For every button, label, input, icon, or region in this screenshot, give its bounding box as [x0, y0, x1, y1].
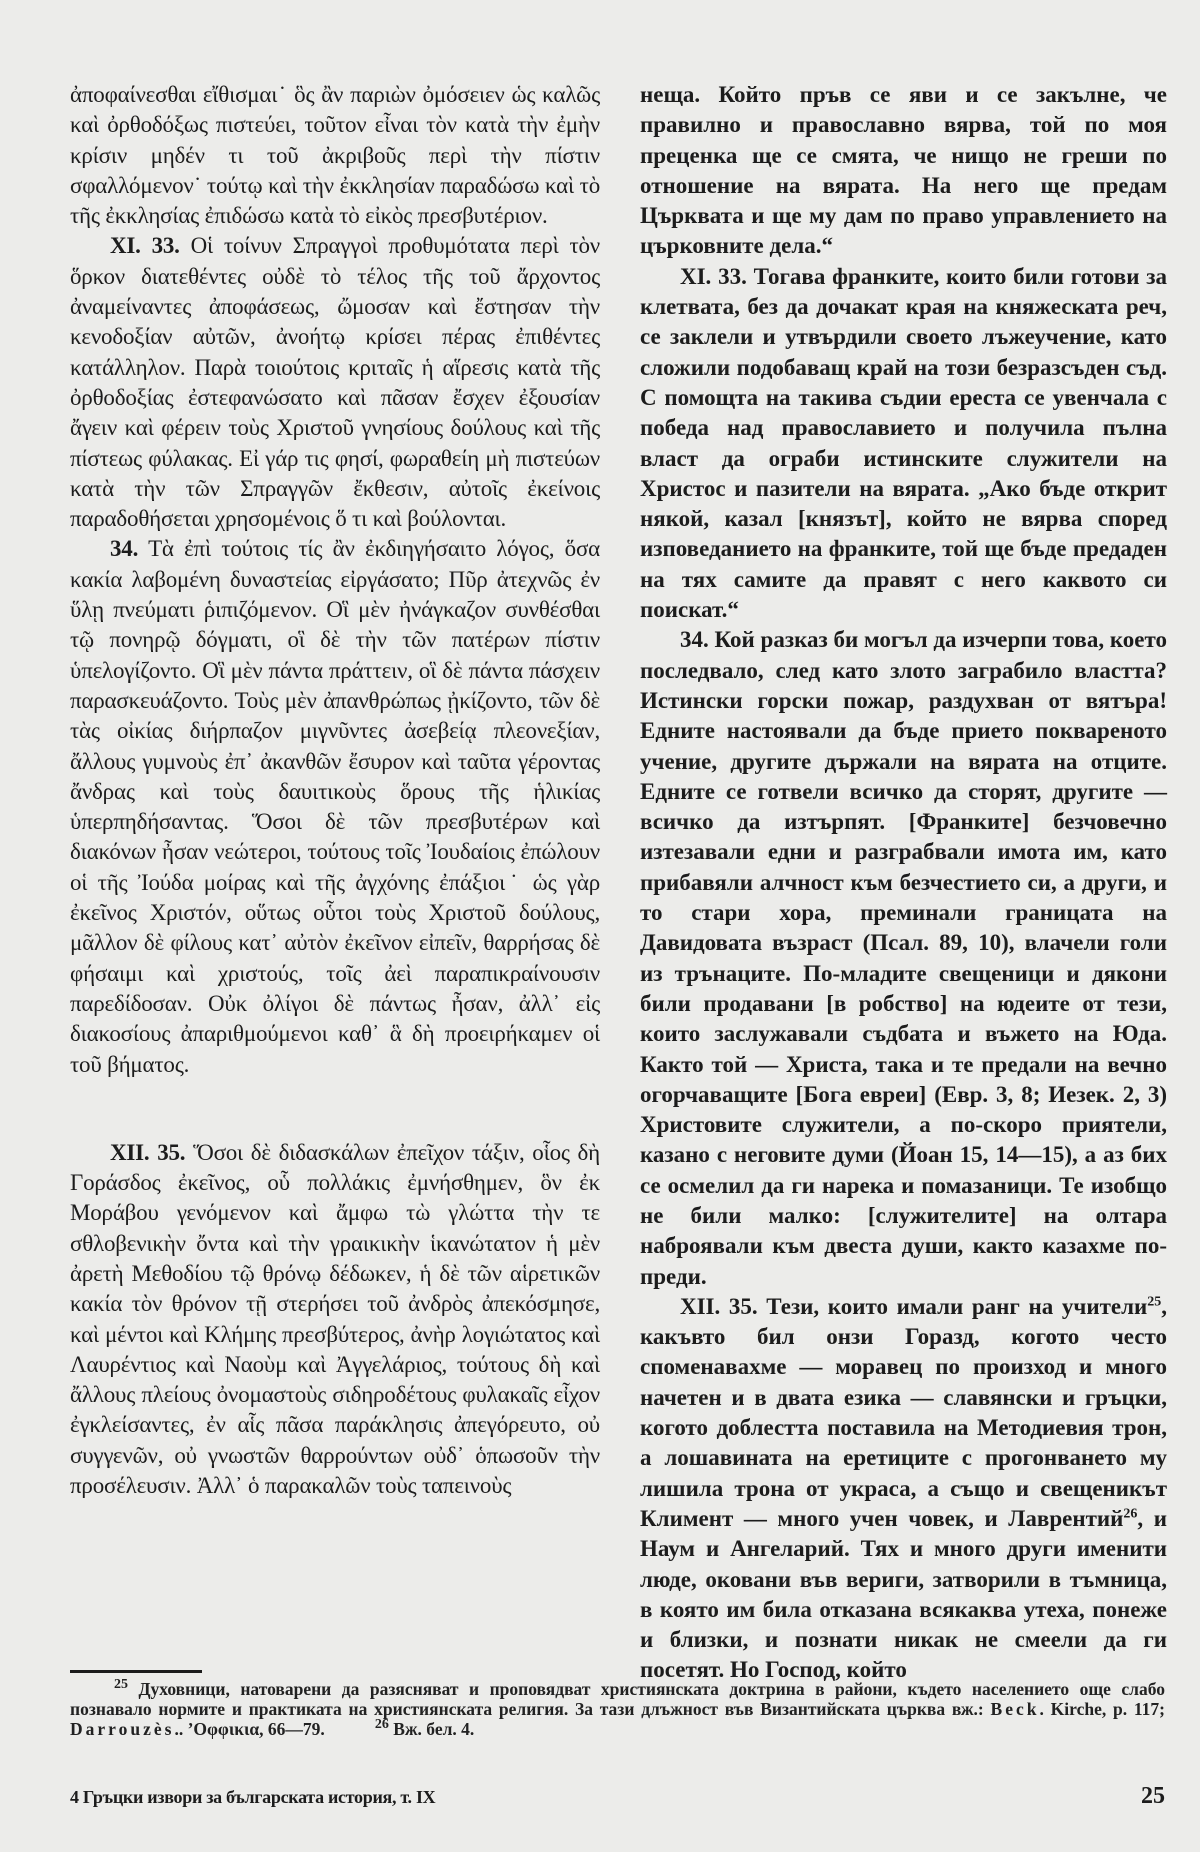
paragraph-text: Τὰ ἐπὶ τούτοις τίς ἂν ἐκδιηγήσαιτο λόγος…	[70, 536, 600, 1076]
section-number: XII. 35.	[110, 1140, 185, 1165]
footnote-text: . Kirche, p. 117;	[1039, 1699, 1165, 1719]
page-number: 25	[1141, 1783, 1165, 1810]
greek-paragraph-xi-33: XI. 33. Οἱ τοίνυν Σπραγγοὶ προθυμότατα π…	[70, 231, 600, 534]
footnote-ref-25[interactable]: 25	[1147, 1294, 1161, 1309]
section-gap	[70, 1080, 600, 1138]
paragraph-text: Кой разказ би могъл да изчерпи това, кое…	[640, 627, 1167, 1288]
paragraph-text: Тези, които имали ранг на учители	[758, 1294, 1148, 1319]
footnote-mark: 26	[375, 1717, 389, 1732]
footnote-divider	[70, 1670, 202, 1673]
footnote-26: 26 Вж. бел. 4.	[375, 1719, 474, 1739]
signature-line: 4 Гръцки извори за българската история, …	[70, 1787, 435, 1808]
page-footer: 4 Гръцки извори за българската история, …	[70, 1783, 1165, 1810]
paragraph-text: ἀποφαίνεσθαι εἴθισμαι˙ ὃς ἂν παριὼν ὀμόσ…	[70, 82, 600, 228]
paragraph-text: неща. Който пръв се яви и се закълне, че…	[640, 82, 1167, 258]
bulgarian-paragraph-xii-35: XII. 35. Тези, които имали ранг на учите…	[640, 1292, 1167, 1686]
section-number: XI. 33.	[680, 264, 747, 289]
section-number: 34.	[680, 627, 709, 652]
paragraph-text: , какъвто бил онзи Горазд, когото често …	[640, 1294, 1167, 1531]
footnote-25: 25 Духовници, натоварени да разясняват и…	[70, 1679, 1165, 1739]
section-number: XII. 35.	[680, 1294, 758, 1319]
paragraph-text: Οἱ τοίνυν Σπραγγοὶ προθυμότατα περὶ τὸν …	[70, 233, 600, 531]
paragraph-text: , и Наум и Ангеларий. Тях и много други …	[640, 1506, 1167, 1682]
greek-paragraph-continuation: ἀποφαίνεσθαι εἴθισμαι˙ ὃς ἂν παριὼν ὀμόσ…	[70, 80, 600, 231]
author-name: Darrouzès	[70, 1719, 174, 1739]
greek-paragraph-34: 34. Τὰ ἐπὶ τούτοις τίς ἂν ἐκδιηγήσαιτο λ…	[70, 534, 600, 1079]
section-number: XI. 33.	[110, 233, 180, 258]
bulgarian-paragraph-continuation: неща. Който пръв се яви и се закълне, че…	[640, 80, 1167, 262]
paragraph-text: Тогава франките, които били готови за кл…	[640, 264, 1167, 622]
greek-paragraph-xii-35: XII. 35. Ὅσοι δὲ διδασκάλων ἐπεῖχον τάξι…	[70, 1138, 600, 1502]
footnote-text: Вж. бел. 4.	[389, 1719, 474, 1739]
author-name: Beck	[991, 1699, 1040, 1719]
bulgarian-paragraph-xi-33: XI. 33. Тогава франките, които били гото…	[640, 262, 1167, 626]
footnote-text: .. ’Οφφικια, 66—79.	[174, 1719, 324, 1739]
paragraph-text: Ὅσοι δὲ διδασκάλων ἐπεῖχον τάξιν, οἷος δ…	[70, 1140, 600, 1498]
section-number: 34.	[110, 536, 138, 561]
bulgarian-text-column: неща. Който пръв се яви и се закълне, че…	[640, 80, 1167, 1686]
footnotes: 25 Духовници, натоварени да разясняват и…	[70, 1679, 1165, 1739]
greek-text-column: ἀποφαίνεσθαι εἴθισμαι˙ ὃς ἂν παριὼν ὀμόσ…	[70, 80, 600, 1501]
footnote-ref-26[interactable]: 26	[1123, 1506, 1137, 1521]
footnote-mark: 25	[114, 1677, 128, 1692]
book-page: ἀποφαίνεσθαι εἴθισμαι˙ ὃς ἂν παριὼν ὀμόσ…	[0, 0, 1200, 1852]
bulgarian-paragraph-34: 34. Кой разказ би могъл да изчерпи това,…	[640, 625, 1167, 1292]
